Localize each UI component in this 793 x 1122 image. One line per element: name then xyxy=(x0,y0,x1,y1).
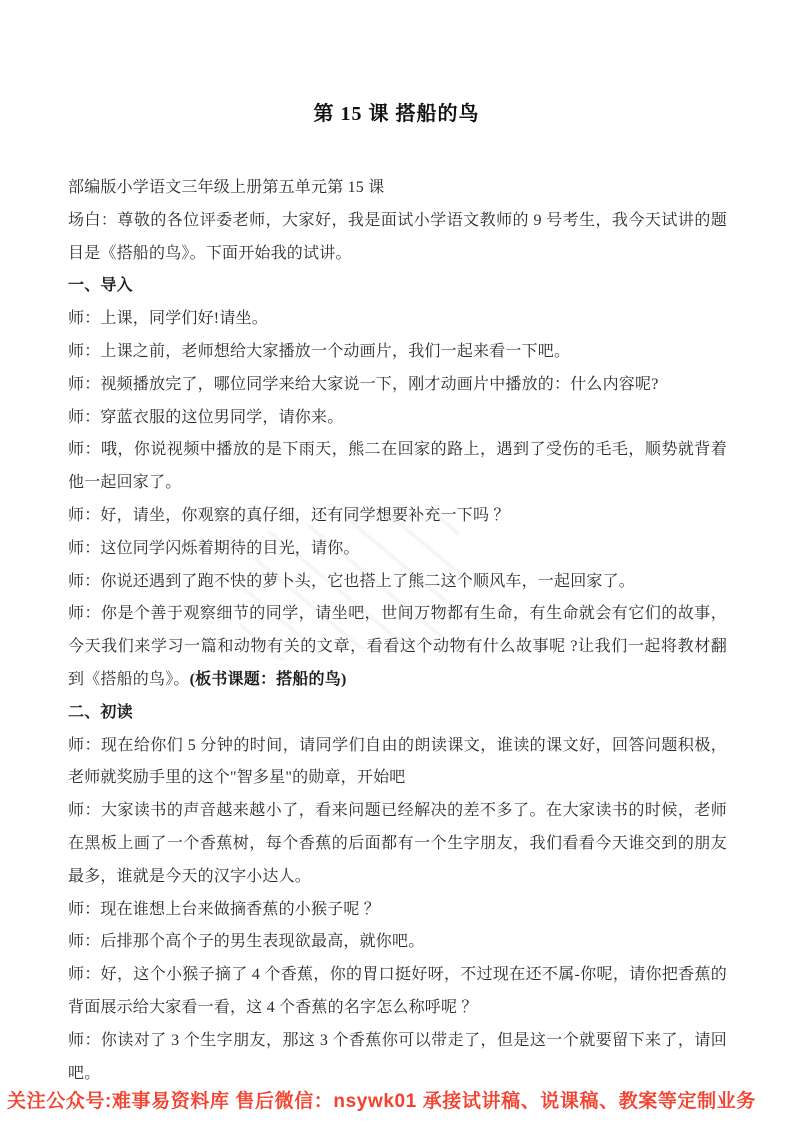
paragraph-teacher-line: 师：你读对了 3 个生字朋友，那这 3 个香蕉你可以带走了，但是这一个就要留下来… xyxy=(68,1025,727,1091)
paragraph-teacher-line: 师：现在给你们 5 分钟的时间，请同学们自由的朗读课文，谁读的课文好，回答问题积… xyxy=(68,730,727,796)
paragraph-opening: 场白：尊敬的各位评委老师，大家好，我是面试小学语文教师的 9 号考生，我今天试讲… xyxy=(68,205,727,271)
paragraph-teacher-line: 师：好，请坐，你观察的真仔细，还有同学想要补充一下吗 ？ xyxy=(68,500,727,533)
paragraph-teacher-line: 师：你说还遇到了跑不快的萝卜头，它也搭上了熊二这个顺风车，一起回家了。 xyxy=(68,566,727,599)
paragraph-source-line: 部编版小学语文三年级上册第五单元第 15 课 xyxy=(68,172,727,205)
paragraph-teacher-line: 师：你是个善于观察细节的同学，请坐吧，世间万物都有生命，有生命就会有它们的故事，… xyxy=(68,598,727,696)
document-title: 第 15 课 搭船的鸟 xyxy=(0,0,793,126)
paragraph-teacher-line: 师：现在谁想上台来做摘香蕉的小猴子呢 ？ xyxy=(68,894,727,927)
section-heading-intro: 一、导入 xyxy=(68,270,727,303)
paragraph-teacher-line: 师：上课之前，老师想给大家播放一个动画片，我们一起来看一下吧。 xyxy=(68,336,727,369)
paragraph-teacher-line: 师：这位同学闪烁着期待的目光，请你。 xyxy=(68,533,727,566)
footer-promo-text: 关注公众号:难事易资料库 售后微信：nsywk01 承接试讲稿、说课稿、教案等定… xyxy=(7,1086,787,1113)
board-writing-note: (板书课题：搭船的鸟) xyxy=(190,671,347,688)
paragraph-teacher-line: 师：上课，同学们好!请坐。 xyxy=(68,303,727,336)
paragraph-text: 师：你是个善于观察细节的同学，请坐吧，世间万物都有生命，有生命就会有它们的故事，… xyxy=(68,605,727,688)
paragraph-teacher-line: 师：视频播放完了，哪位同学来给大家说一下，刚才动画片中播放的：什么内容呢? xyxy=(68,369,727,402)
paragraph-teacher-line: 师：哦，你说视频中播放的是下雨天，熊二在回家的路上，遇到了受伤的毛毛，顺势就背着… xyxy=(68,434,727,500)
section-heading-first-reading: 二、初读 xyxy=(68,697,727,730)
document-body: 部编版小学语文三年级上册第五单元第 15 课 场白：尊敬的各位评委老师，大家好，… xyxy=(0,172,793,1090)
paragraph-teacher-line: 师：好，这个小猴子摘了 4 个香蕉，你的胃口挺好呀，不过现在还不属-你呢，请你把… xyxy=(68,959,727,1025)
paragraph-teacher-line: 师：穿蓝衣服的这位男同学，请你来。 xyxy=(68,402,727,435)
document-page: 第 15 课 搭船的鸟 部编版小学语文三年级上册第五单元第 15 课 场白：尊敬… xyxy=(0,0,793,1122)
paragraph-teacher-line: 师：大家读书的声音越来越小了，看来问题已经解决的差不多了。在大家读书的时候，老师… xyxy=(68,795,727,893)
paragraph-teacher-line: 师：后排那个高个子的男生表现欲最高，就你吧。 xyxy=(68,926,727,959)
